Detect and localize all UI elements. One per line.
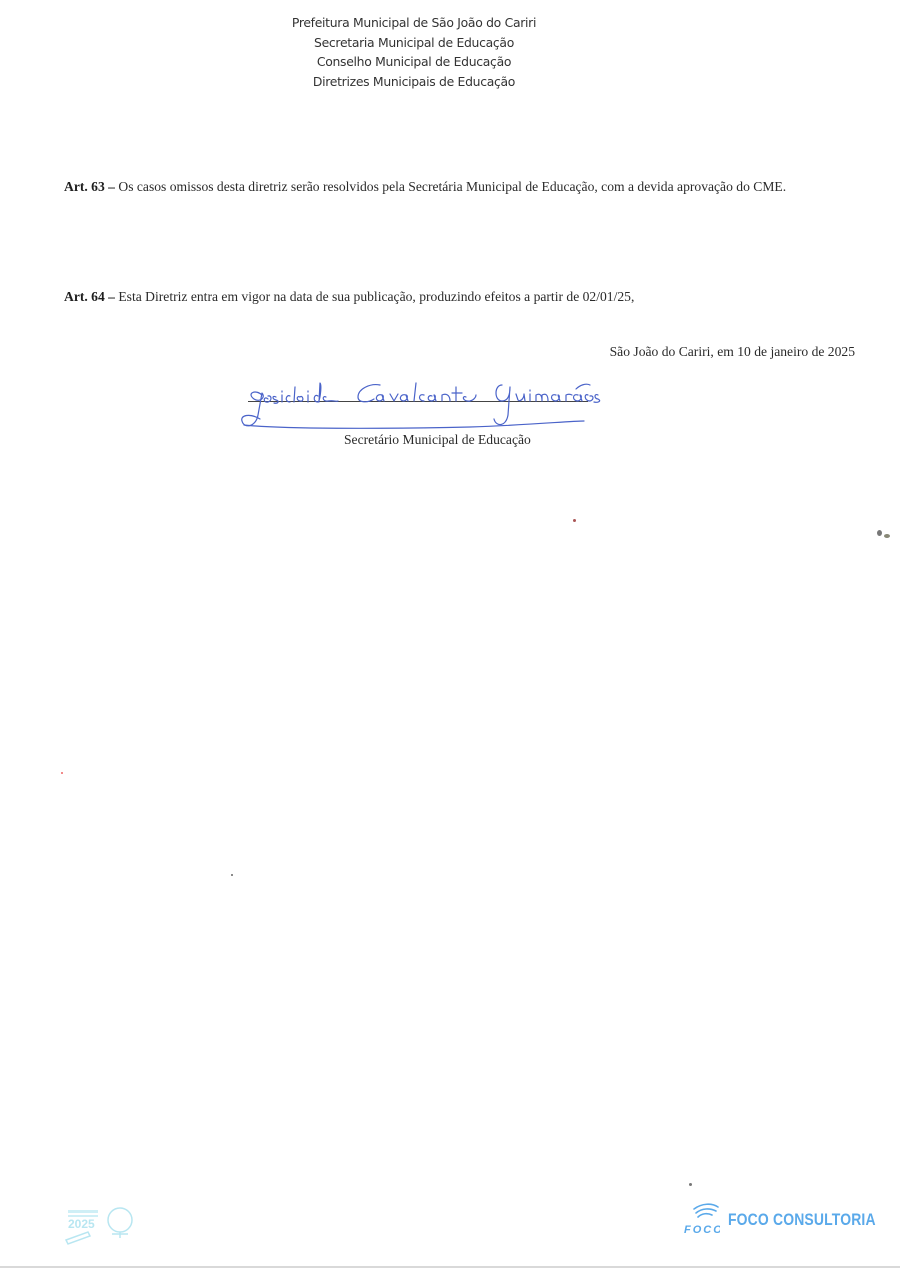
header-diretrizes: Diretrizes Municipais de Educação <box>0 72 828 92</box>
scan-speck <box>689 1183 692 1186</box>
scan-speck <box>877 530 882 536</box>
header-conselho: Conselho Municipal de Educação <box>0 52 828 72</box>
scan-speck <box>884 534 890 538</box>
footer-logo-right: FOCO FOCO CONSULTORIA <box>684 1200 900 1240</box>
article-label: Art. 63 <box>64 179 105 194</box>
article-text: Os casos omissos desta diretriz serão re… <box>118 179 786 194</box>
article-63: Art. 63 – Os casos omissos desta diretri… <box>64 174 844 199</box>
article-separator: – <box>105 289 119 304</box>
header-secretaria: Secretaria Municipal de Educação <box>0 33 828 53</box>
signature-block: Secretário Municipal de Educação <box>240 375 660 465</box>
article-label: Art. 64 <box>64 289 105 304</box>
scan-speck <box>231 874 233 876</box>
svg-text:FOCO: FOCO <box>684 1224 720 1236</box>
foco-consultoria-brand: FOCO CONSULTORIA <box>728 1210 876 1230</box>
globe-2025-logo-icon: 2025 <box>62 1198 142 1250</box>
foco-mark: FOCO <box>684 1203 720 1237</box>
header-prefeitura: Prefeitura Municipal de São João do Cari… <box>0 13 828 33</box>
place-and-date: São João do Cariri, em 10 de janeiro de … <box>610 344 855 360</box>
handwritten-signature-icon <box>240 375 660 465</box>
logo-year: 2025 <box>68 1217 95 1231</box>
footer-logo-left: 2025 <box>62 1198 142 1250</box>
page-bottom-edge <box>0 1266 900 1268</box>
signatory-role: Secretário Municipal de Educação <box>344 432 531 448</box>
foco-signal-icon: FOCO <box>684 1203 720 1237</box>
scan-speck <box>61 772 63 774</box>
document-header: Prefeitura Municipal de São João do Cari… <box>0 13 828 91</box>
article-64: Art. 64 – Esta Diretriz entra em vigor n… <box>64 284 844 309</box>
article-separator: – <box>105 179 119 194</box>
scan-speck <box>573 519 576 522</box>
article-text: Esta Diretriz entra em vigor na data de … <box>118 289 634 304</box>
